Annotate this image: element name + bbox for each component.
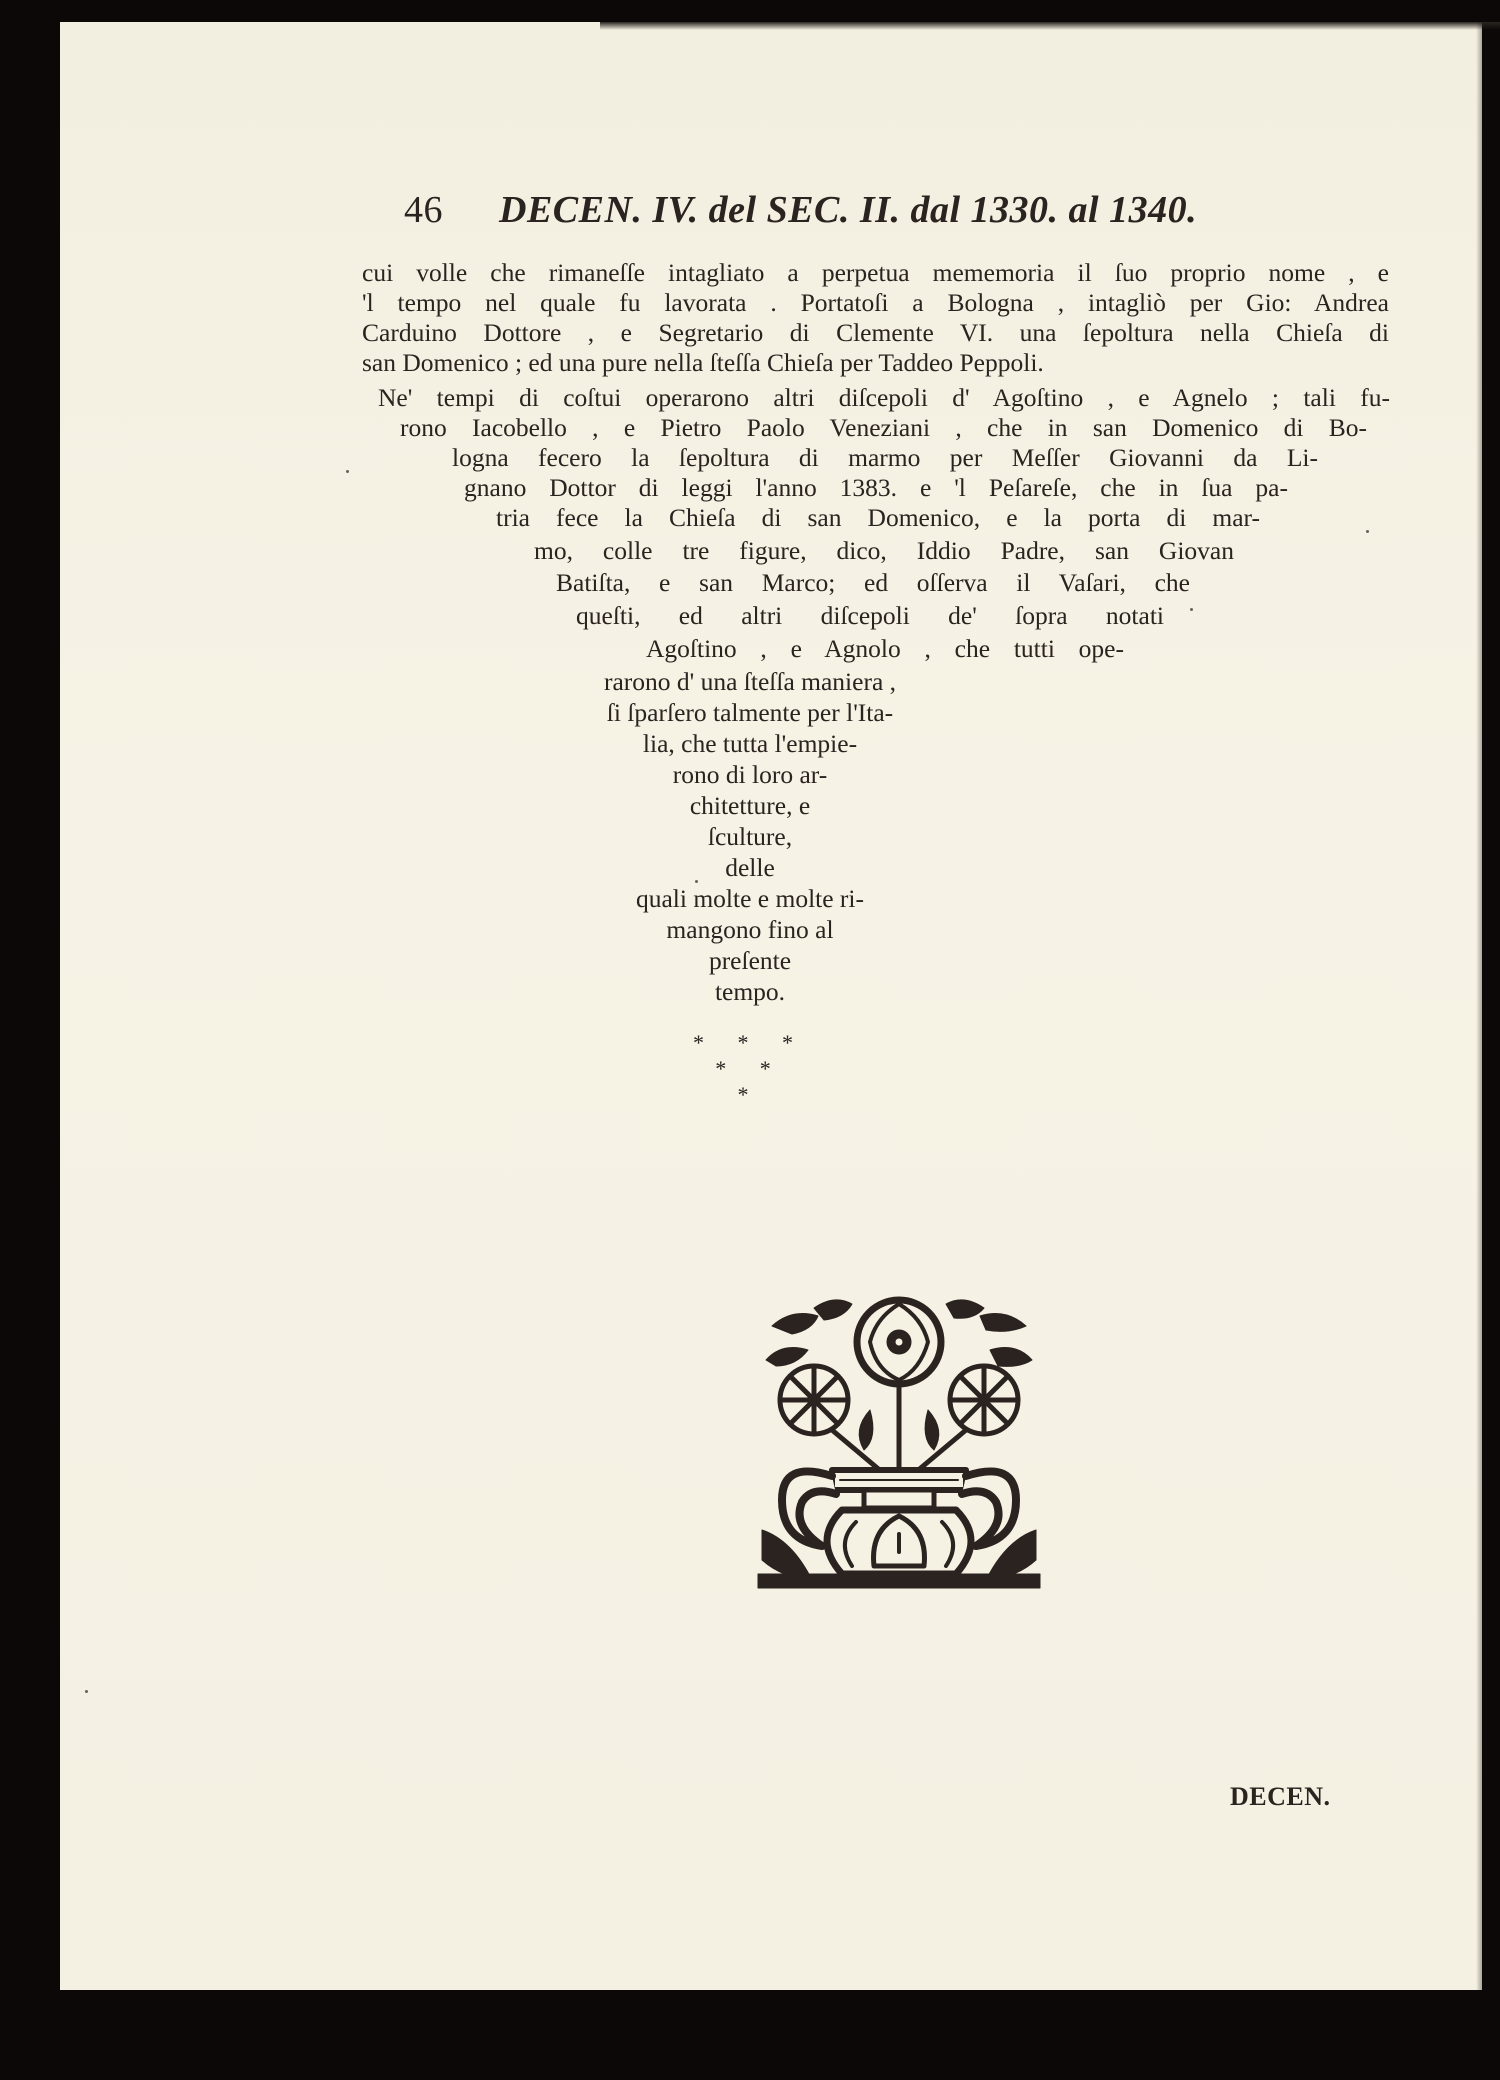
text-line: ſculture, xyxy=(0,822,1500,852)
paper-speck xyxy=(1366,530,1369,533)
flower-vase-woodcut-icon xyxy=(752,1290,1046,1590)
text-line: queſti, ed altri diſcepoli de' ſopra not… xyxy=(576,601,1164,631)
asterism-row: * * xyxy=(0,1056,1500,1082)
text-line: tria fece la Chieſa di san Domenico, e l… xyxy=(496,503,1260,533)
paper-speck xyxy=(85,1690,88,1693)
text-line: mangono fino al xyxy=(0,915,1500,945)
paper-speck xyxy=(695,880,698,883)
text-line: Batiſta, e san Marco; ed oſſerva il Vaſa… xyxy=(556,568,1190,598)
text-line: delle xyxy=(0,853,1500,883)
text-line: lia, che tutta l'empie- xyxy=(0,729,1500,759)
text-line: chitetture, e xyxy=(0,791,1500,821)
text-line: gnano Dottor di leggi l'anno 1383. e 'l … xyxy=(464,473,1288,503)
text-line: rono Iacobello , e Pietro Paolo Venezian… xyxy=(400,413,1367,443)
text-line: ſi ſparſero talmente per l'Ita- xyxy=(0,698,1500,728)
asterism-row: * * * xyxy=(0,1030,1500,1056)
paper-speck xyxy=(346,470,349,473)
asterism-row: * xyxy=(0,1082,1500,1108)
page-number: 46 xyxy=(404,189,443,231)
text-line: mo, colle tre figure, dico, Iddio Padre,… xyxy=(534,536,1234,566)
text-line: Agoſtino , e Agnolo , che tutti ope- xyxy=(646,634,1124,664)
text-line: tempo. xyxy=(0,977,1500,1007)
text-line: cui volle che rimaneſſe intagliato a per… xyxy=(362,258,1389,288)
page-top-shadow xyxy=(600,22,1500,30)
running-head: 46DECEN. IV. del SEC. II. dal 1330. al 1… xyxy=(404,188,1197,232)
running-head-title: DECEN. IV. del SEC. II. dal 1330. al 134… xyxy=(499,189,1197,231)
text-line: 'l tempo nel quale fu lavorata . Portato… xyxy=(362,288,1389,318)
text-line: rarono d' una ſteſſa maniera , xyxy=(0,667,1500,697)
text-line: logna fecero la ſepoltura di marmo per M… xyxy=(452,443,1318,473)
text-line: quali molte e molte ri- xyxy=(0,884,1500,914)
text-line: rono di loro ar- xyxy=(0,760,1500,790)
text-line: Carduino Dottore , e Segretario di Cleme… xyxy=(362,318,1389,348)
paper-speck xyxy=(1190,608,1193,611)
catchword: DECEN. xyxy=(1230,1782,1331,1812)
text-line: Ne' tempi di coſtui operarono altri diſc… xyxy=(378,383,1390,413)
text-line: preſente xyxy=(0,946,1500,976)
text-line: san Domenico ; ed una pure nella ſteſſa … xyxy=(362,348,1044,378)
